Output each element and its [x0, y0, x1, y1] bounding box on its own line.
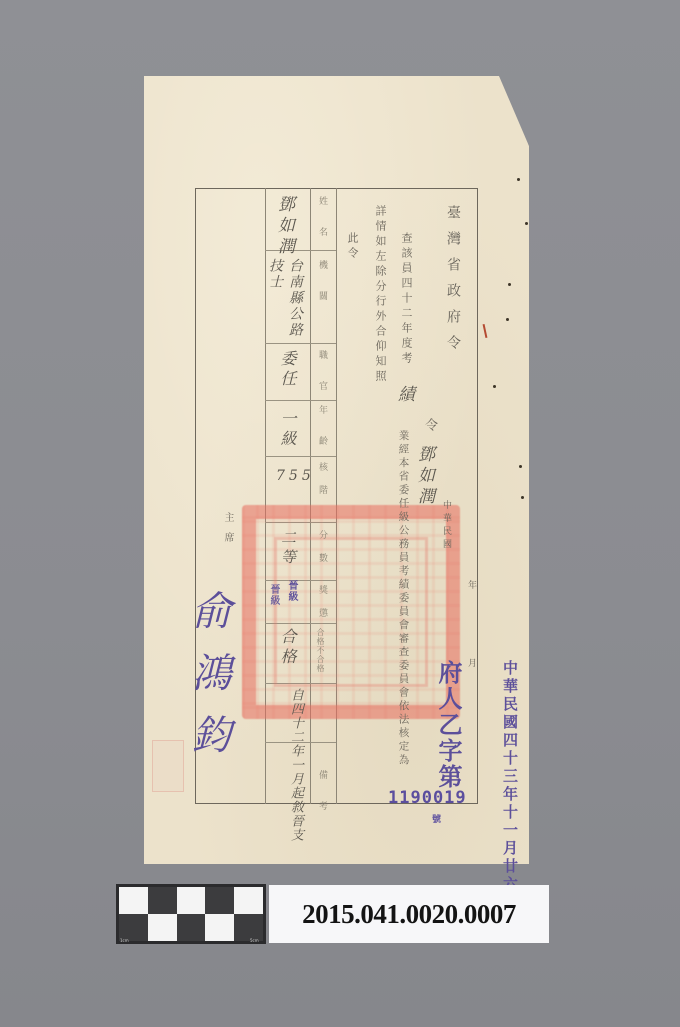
body-text-this-order: 此令: [347, 232, 358, 262]
body-text-order: 令: [423, 418, 436, 435]
cell-reward-stamp: 晉級: [286, 580, 296, 602]
cell-name: 鄧如潤: [275, 195, 292, 258]
registration-date-stamp: 中華民國四十三年十一月廿六日: [502, 660, 517, 912]
cell-reward-stamp-2: 晉級: [268, 584, 278, 606]
cell-org: 台南縣公路: [288, 258, 302, 338]
registration-stamp: 府人乙字第: [436, 660, 460, 790]
serial-number-suffix: 號: [432, 812, 442, 825]
document-title: 臺灣省政府令: [446, 205, 460, 361]
paper-speck: [508, 283, 511, 286]
cell-score: 二等: [280, 530, 295, 568]
cell-level: 一級: [279, 410, 295, 450]
label-rank: 職官: [317, 350, 326, 412]
label-pass: 合格不合格: [316, 628, 324, 673]
cell-title: 技士: [268, 258, 282, 290]
body-text-line-1: 查該員四十二年度考: [401, 232, 412, 367]
paper-speck: [517, 178, 520, 181]
scale-right-label: 5cm: [250, 938, 259, 943]
chairman-label: 主席: [222, 512, 232, 552]
handwritten-addressee: 鄧如潤: [415, 445, 432, 508]
label-note: 備考: [317, 770, 326, 832]
printed-date-suffix: 年 月: [466, 580, 475, 697]
paper-speck: [506, 318, 509, 321]
body-text-line-5: 詳情如左除分行外合仰知照: [375, 205, 386, 385]
printed-date-prefix: 中華民國: [441, 500, 450, 552]
catalog-number-label: 2015.041.0020.0007: [269, 885, 549, 943]
label-name: 姓名: [317, 196, 326, 258]
label-org: 機關: [317, 260, 326, 322]
label-age: 年齡: [317, 405, 326, 467]
cell-rank: 委任: [279, 350, 295, 390]
cell-note: 自四十二年一月起敘晉支: [289, 688, 302, 842]
official-red-seal: [242, 505, 460, 719]
cell-pass: 合格: [279, 628, 295, 668]
label-reward: 獎懲: [317, 585, 326, 631]
color-scale-bar: [116, 884, 266, 944]
faint-red-seal: [152, 740, 184, 792]
label-grade: 核階: [317, 462, 326, 508]
chairman-signature: 俞鴻鈞: [188, 590, 228, 776]
label-score: 分數: [317, 530, 326, 576]
serial-number-stamp: 1190019: [388, 788, 467, 808]
handwritten-grade: 績: [395, 385, 412, 406]
body-text-line-4: 業經本省委任級公務員考績委員會審查委員會依法核定為: [398, 430, 409, 768]
paper-speck: [493, 385, 496, 388]
paper-speck: [521, 496, 524, 499]
cell-salary: 755: [276, 468, 315, 484]
paper-speck: [519, 465, 522, 468]
scale-left-label: 1cm: [120, 938, 129, 943]
paper-speck: [525, 222, 528, 225]
